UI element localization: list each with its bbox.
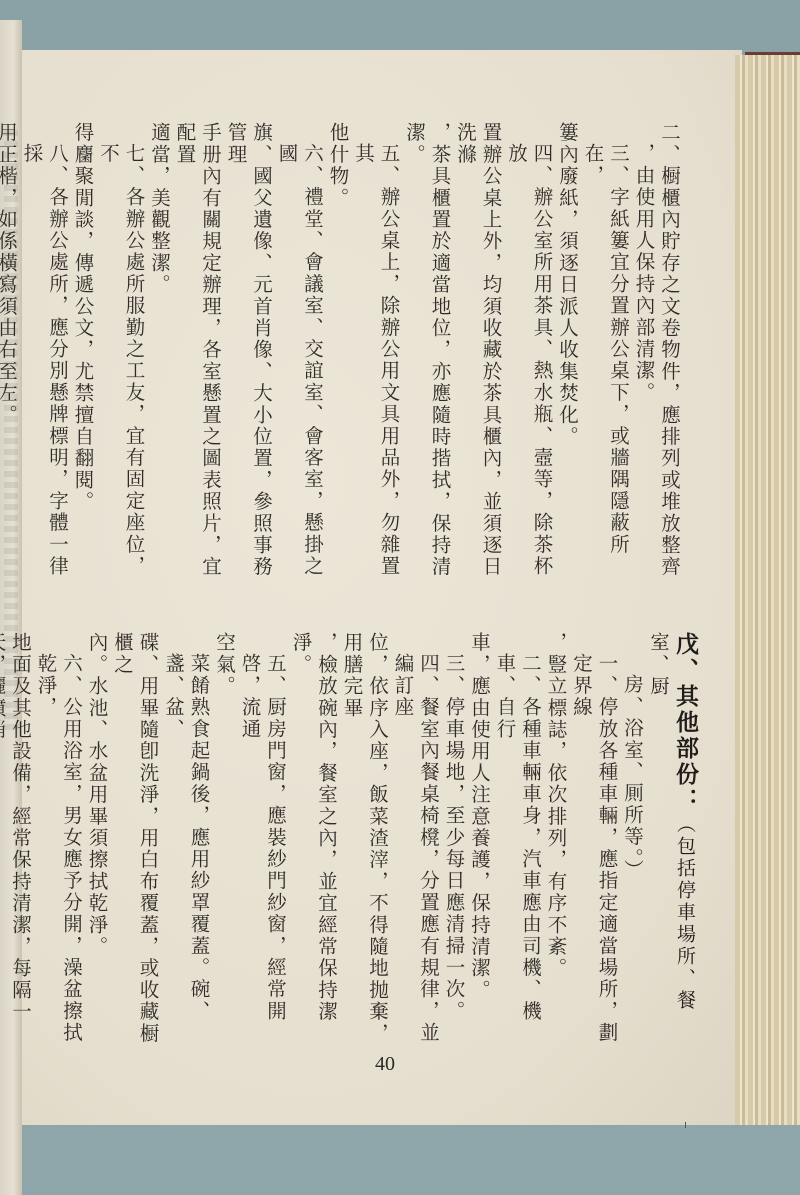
- text-line: ，由使用人保持內部清潔。: [631, 122, 657, 592]
- text-line: 七、各辦公處所服勤之工友，宜有固定座位，不: [96, 122, 147, 592]
- section-title: 戊、其他部份：: [672, 632, 699, 814]
- text-line: 三、停車場地，至少每日應清掃一次。: [441, 632, 467, 1052]
- text-line: ，豎立標誌，依次排列，有序不紊。: [543, 632, 569, 1052]
- text-line: 一、停放各種車輛，應指定適當場所，劃定界線: [569, 632, 620, 1052]
- text-line: 地面及其他設備，經常保持清潔，每隔一天，灑噴消: [0, 632, 33, 1052]
- text-line: 五、辦公桌上，除辦公用文具用品外，勿雜置其: [351, 122, 402, 592]
- text-line: 六、禮堂、會議室、交誼室、會客室，懸掛之國: [274, 122, 325, 592]
- text-line: 二、各種車輛車身，汽車應由司機、機車、自行: [492, 632, 543, 1052]
- page-stack-edges: [735, 55, 800, 1125]
- text-line: 四、辦公室所用茶具、熱水瓶、壼等，除茶杯放: [504, 122, 555, 592]
- text-line: 位，依序入座，飯菜渣滓，不得隨地抛棄，用膳完畢: [339, 632, 390, 1052]
- text-line: 三、字紙簍宜分置辦公桌下，或牆隅隱蔽所在，: [580, 122, 631, 592]
- text-line: 五、厨房門窗，應裝紗門紗窗，經常開啓，流通: [237, 632, 288, 1052]
- text-line: 房、浴室、厠所等。）: [620, 632, 646, 1052]
- page-mark: [685, 1122, 686, 1128]
- section-heading: 戊、其他部份：（包括停車場所、餐室、厨: [645, 632, 698, 1052]
- lower-section-text: 戊、其他部份：（包括停車場所、餐室、厨 房、浴室、厠所等。） 一、停放各種車輛，…: [0, 632, 698, 1052]
- text-line: ，檢放碗內，餐室之內，並宜經常保持潔淨。: [288, 632, 339, 1052]
- text-line: ，茶具櫃置於適當地位，亦應隨時揩拭，保持清潔。: [402, 122, 453, 592]
- text-line: 得麕聚閒談，傳遞公文，尤禁擅自翻閱。: [70, 122, 96, 592]
- text-line: 手册內有關規定辦理，各室懸置之圖表照片，宜配置: [172, 122, 223, 592]
- page-number: 40: [375, 1053, 395, 1076]
- text-line: 簍內廢紙，須逐日派人收集焚化。: [555, 122, 581, 592]
- text-line: 碟、用畢隨卽洗淨，用白布覆蓋，或收藏橱櫃之: [110, 632, 161, 1052]
- text-line: 六、公用浴室，男女應予分開，澡盆擦拭乾淨，: [33, 632, 84, 1052]
- text-line: 他什物。: [325, 122, 351, 592]
- text-line: 用正楷，如係橫寫須由右至左。: [0, 122, 19, 592]
- text-line: 空氣。: [212, 632, 238, 1052]
- background-bottom: [0, 1125, 800, 1195]
- text-line: 適當，美觀整潔。: [147, 122, 173, 592]
- text-line: 車，應由使用人注意養護，保持清潔。: [467, 632, 493, 1052]
- upper-section-text: 二、橱櫃內貯存之文卷物件，應排列或堆放整齊 ，由使用人保持內部清潔。 三、字紙簍…: [0, 122, 682, 592]
- text-line: 四、餐室內餐桌椅櫈，分置應有規律，並編訂座: [390, 632, 441, 1052]
- text-line: 內。水池、水盆用畢須擦拭乾淨。: [84, 632, 110, 1052]
- text-line: 置辦公桌上外，均須收藏於茶具櫃內，並須逐日洗滌: [453, 122, 504, 592]
- text-line: 菜餚熟食起鍋後，應用紗罩覆蓋。碗、盞、盆、: [161, 632, 212, 1052]
- text-line: 八、各辦公處所，應分別懸牌標明，字體一律採: [19, 122, 70, 592]
- text-line: 二、橱櫃內貯存之文卷物件，應排列或堆放整齊: [657, 122, 683, 592]
- text-line: 旗、國父遺像、元首肖像、大小位置，參照事務管理: [223, 122, 274, 592]
